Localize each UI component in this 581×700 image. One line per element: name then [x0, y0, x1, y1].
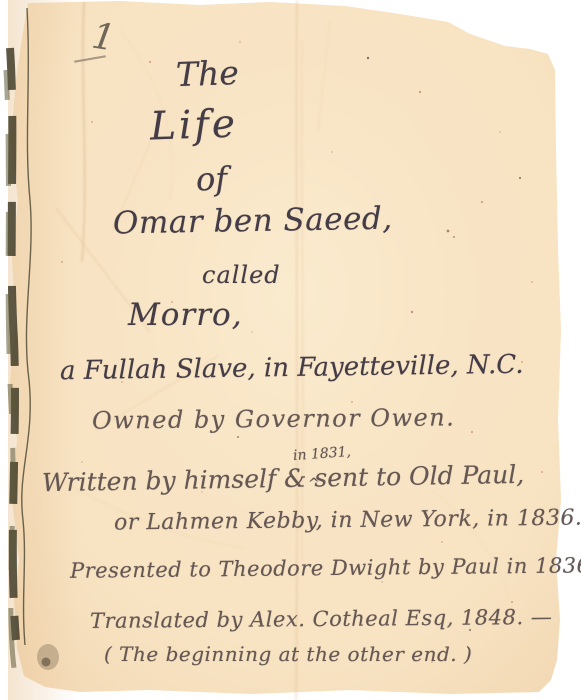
line-beginning-note: ( The beginning at the other end. )	[104, 644, 472, 664]
line-called: called	[202, 263, 281, 287]
line-owned-by: Owned by Governor Owen.	[92, 405, 455, 432]
line-of: of	[195, 162, 227, 195]
line-fullah-slave: a Fullah Slave, in Fayetteville, N.C.	[60, 352, 524, 384]
manuscript-scan: 1 The Life of Omar ben Saeed, called Mor…	[0, 0, 581, 700]
line-lahmen-kebby: or Lahmen Kebby, in New York, in 1836.	[114, 508, 581, 535]
line-omar-ben-saeed: Omar ben Saeed,	[113, 204, 393, 240]
line-translated: Translated by Alex. Cotheal Esq, 1848. —	[90, 607, 552, 632]
line-the: The	[175, 56, 239, 91]
interlinear-insertion: in 1831,	[293, 445, 352, 463]
line-life: Life	[149, 104, 238, 146]
line-morro: Morro,	[128, 300, 243, 331]
line-presented: Presented to Theodore Dwight by Paul in …	[70, 555, 581, 582]
